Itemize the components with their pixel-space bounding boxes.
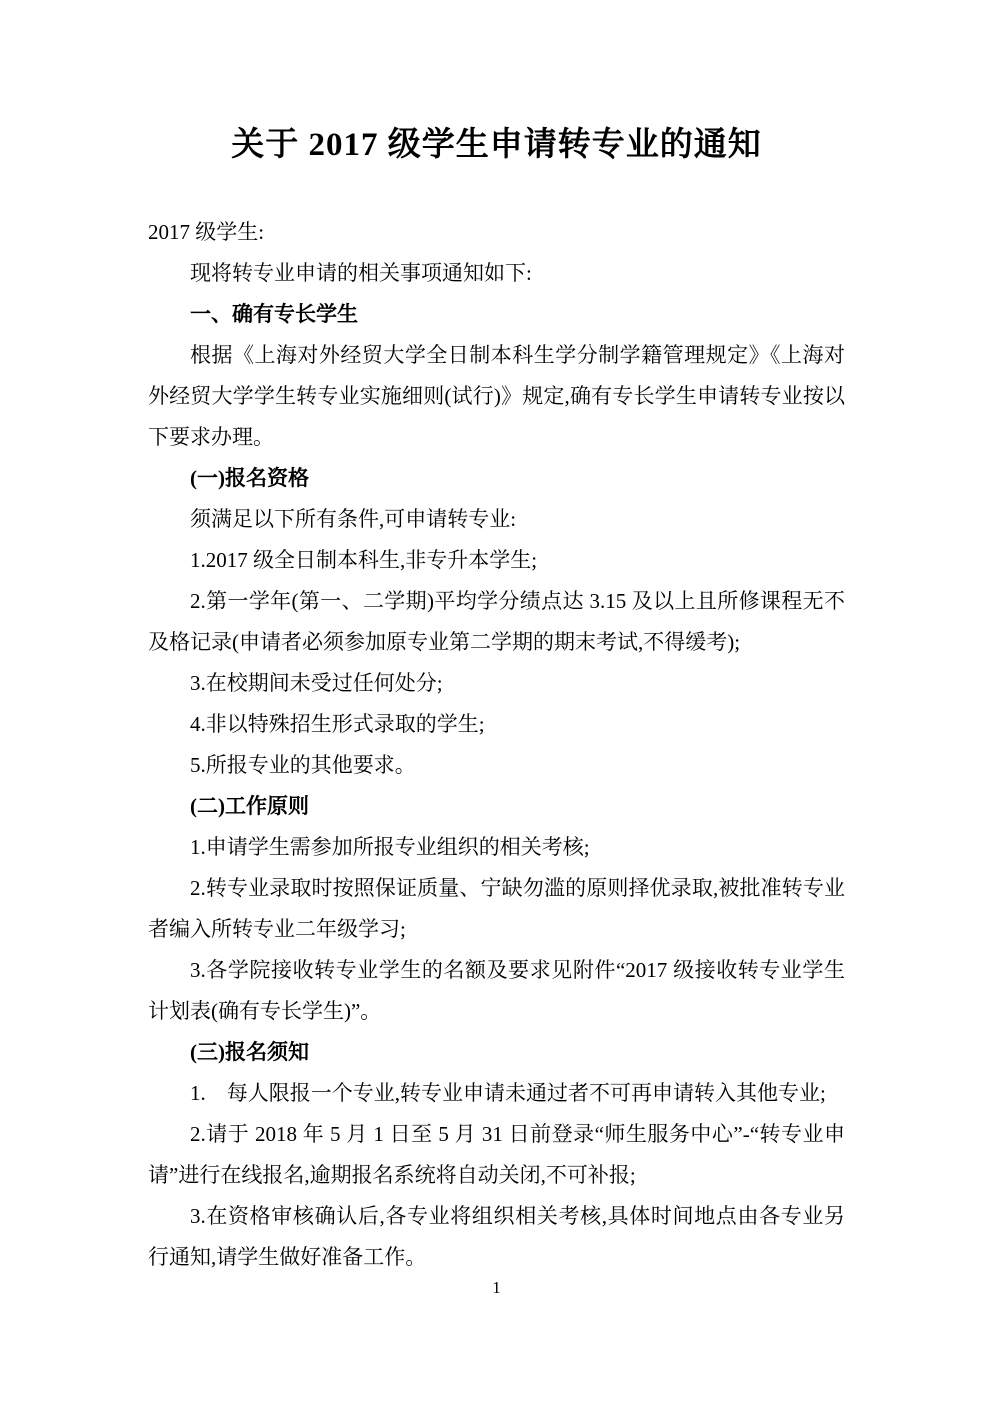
salutation: 2017 级学生:: [148, 212, 845, 253]
list-item: 1. 每人限报一个专业,转专业申请未通过者不可再申请转入其他专业;: [148, 1073, 845, 1114]
document-title: 关于 2017 级学生申请转专业的通知: [0, 0, 993, 168]
list-item: 3.在资格审核确认后,各专业将组织相关考核,具体时间地点由各专业另行通知,请学生…: [148, 1196, 845, 1278]
document-body: 2017 级学生: 现将转专业申请的相关事项通知如下: 一、确有专长学生 根据《…: [148, 212, 845, 1278]
subsection-heading-registration-eligibility: (一)报名资格: [148, 458, 845, 499]
page-footer: 1: [0, 1276, 993, 1300]
list-item: 2.转专业录取时按照保证质量、宁缺勿滥的原则择优录取,被批准转专业者编入所转专业…: [148, 868, 845, 950]
list-item: 4.非以特殊招生形式录取的学生;: [148, 704, 845, 745]
list-item: 1.2017 级全日制本科生,非专升本学生;: [148, 540, 845, 581]
intro-paragraph: 现将转专业申请的相关事项通知如下:: [148, 253, 845, 294]
list-item: 2.第一学年(第一、二学期)平均学分绩点达 3.15 及以上且所修课程无不及格记…: [148, 581, 845, 663]
list-item: 1.申请学生需参加所报专业组织的相关考核;: [148, 827, 845, 868]
page-number: 1: [492, 1278, 501, 1297]
document-page: 关于 2017 级学生申请转专业的通知 2017 级学生: 现将转专业申请的相关…: [0, 0, 993, 1404]
list-item: 5.所报专业的其他要求。: [148, 745, 845, 786]
subsection-heading-registration-notes: (三)报名须知: [148, 1032, 845, 1073]
subsection-heading-work-principles: (二)工作原则: [148, 786, 845, 827]
section-heading-1: 一、确有专长学生: [148, 294, 845, 335]
list-item: 3.在校期间未受过任何处分;: [148, 663, 845, 704]
list-item: 3.各学院接收转专业学生的名额及要求见附件“2017 级接收转专业学生计划表(确…: [148, 950, 845, 1032]
section-basis-paragraph: 根据《上海对外经贸大学全日制本科生学分制学籍管理规定》《上海对外经贸大学学生转专…: [148, 335, 845, 458]
subsection-lead-paragraph: 须满足以下所有条件,可申请转专业:: [148, 499, 845, 540]
list-item: 2.请于 2018 年 5 月 1 日至 5 月 31 日前登录“师生服务中心”…: [148, 1114, 845, 1196]
